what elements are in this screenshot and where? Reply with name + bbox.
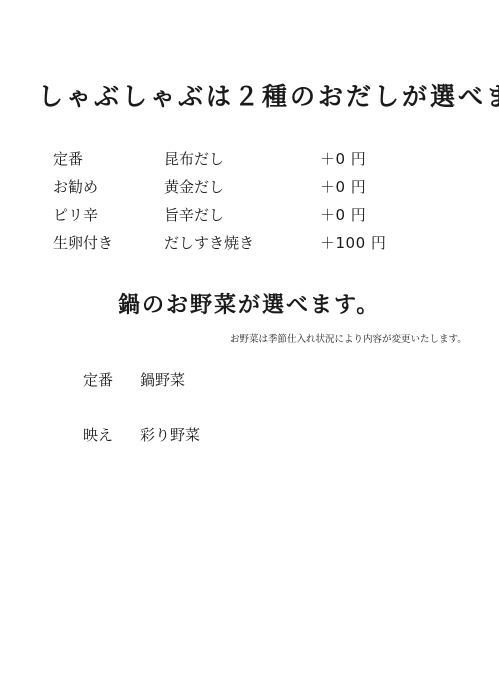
broth-option-type: 定番 — [53, 145, 83, 173]
broth-option-price: ＋100 円 — [320, 229, 386, 257]
broth-option-name: 昆布だし — [164, 145, 224, 173]
broth-option-price: ＋0 円 — [320, 201, 366, 229]
vegetable-option-type: 映え — [83, 425, 113, 445]
vegetable-option-name: 彩り野菜 — [140, 425, 200, 445]
vegetable-option-type: 定番 — [83, 370, 113, 390]
broth-option-price: ＋0 円 — [320, 173, 366, 201]
vegetable-section-title: 鍋のお野菜が選べます。 — [118, 288, 380, 319]
broth-section-title: しゃぶしゃぶは２種のおだしが選べます。 — [38, 77, 499, 113]
broth-option-type: お勧め — [53, 173, 98, 201]
vegetable-note: お野菜は季節仕入れ状況により内容が変更いたします。 — [230, 331, 467, 345]
broth-option-type: 生卵付き — [53, 229, 113, 257]
vegetable-option-name: 鍋野菜 — [140, 370, 185, 390]
broth-option-name: 旨辛だし — [164, 201, 224, 229]
broth-option-name: だしすき焼き — [164, 229, 254, 257]
broth-option-name: 黄金だし — [164, 173, 224, 201]
broth-option-type: ピリ辛 — [53, 201, 98, 229]
broth-option-price: ＋0 円 — [320, 145, 366, 173]
